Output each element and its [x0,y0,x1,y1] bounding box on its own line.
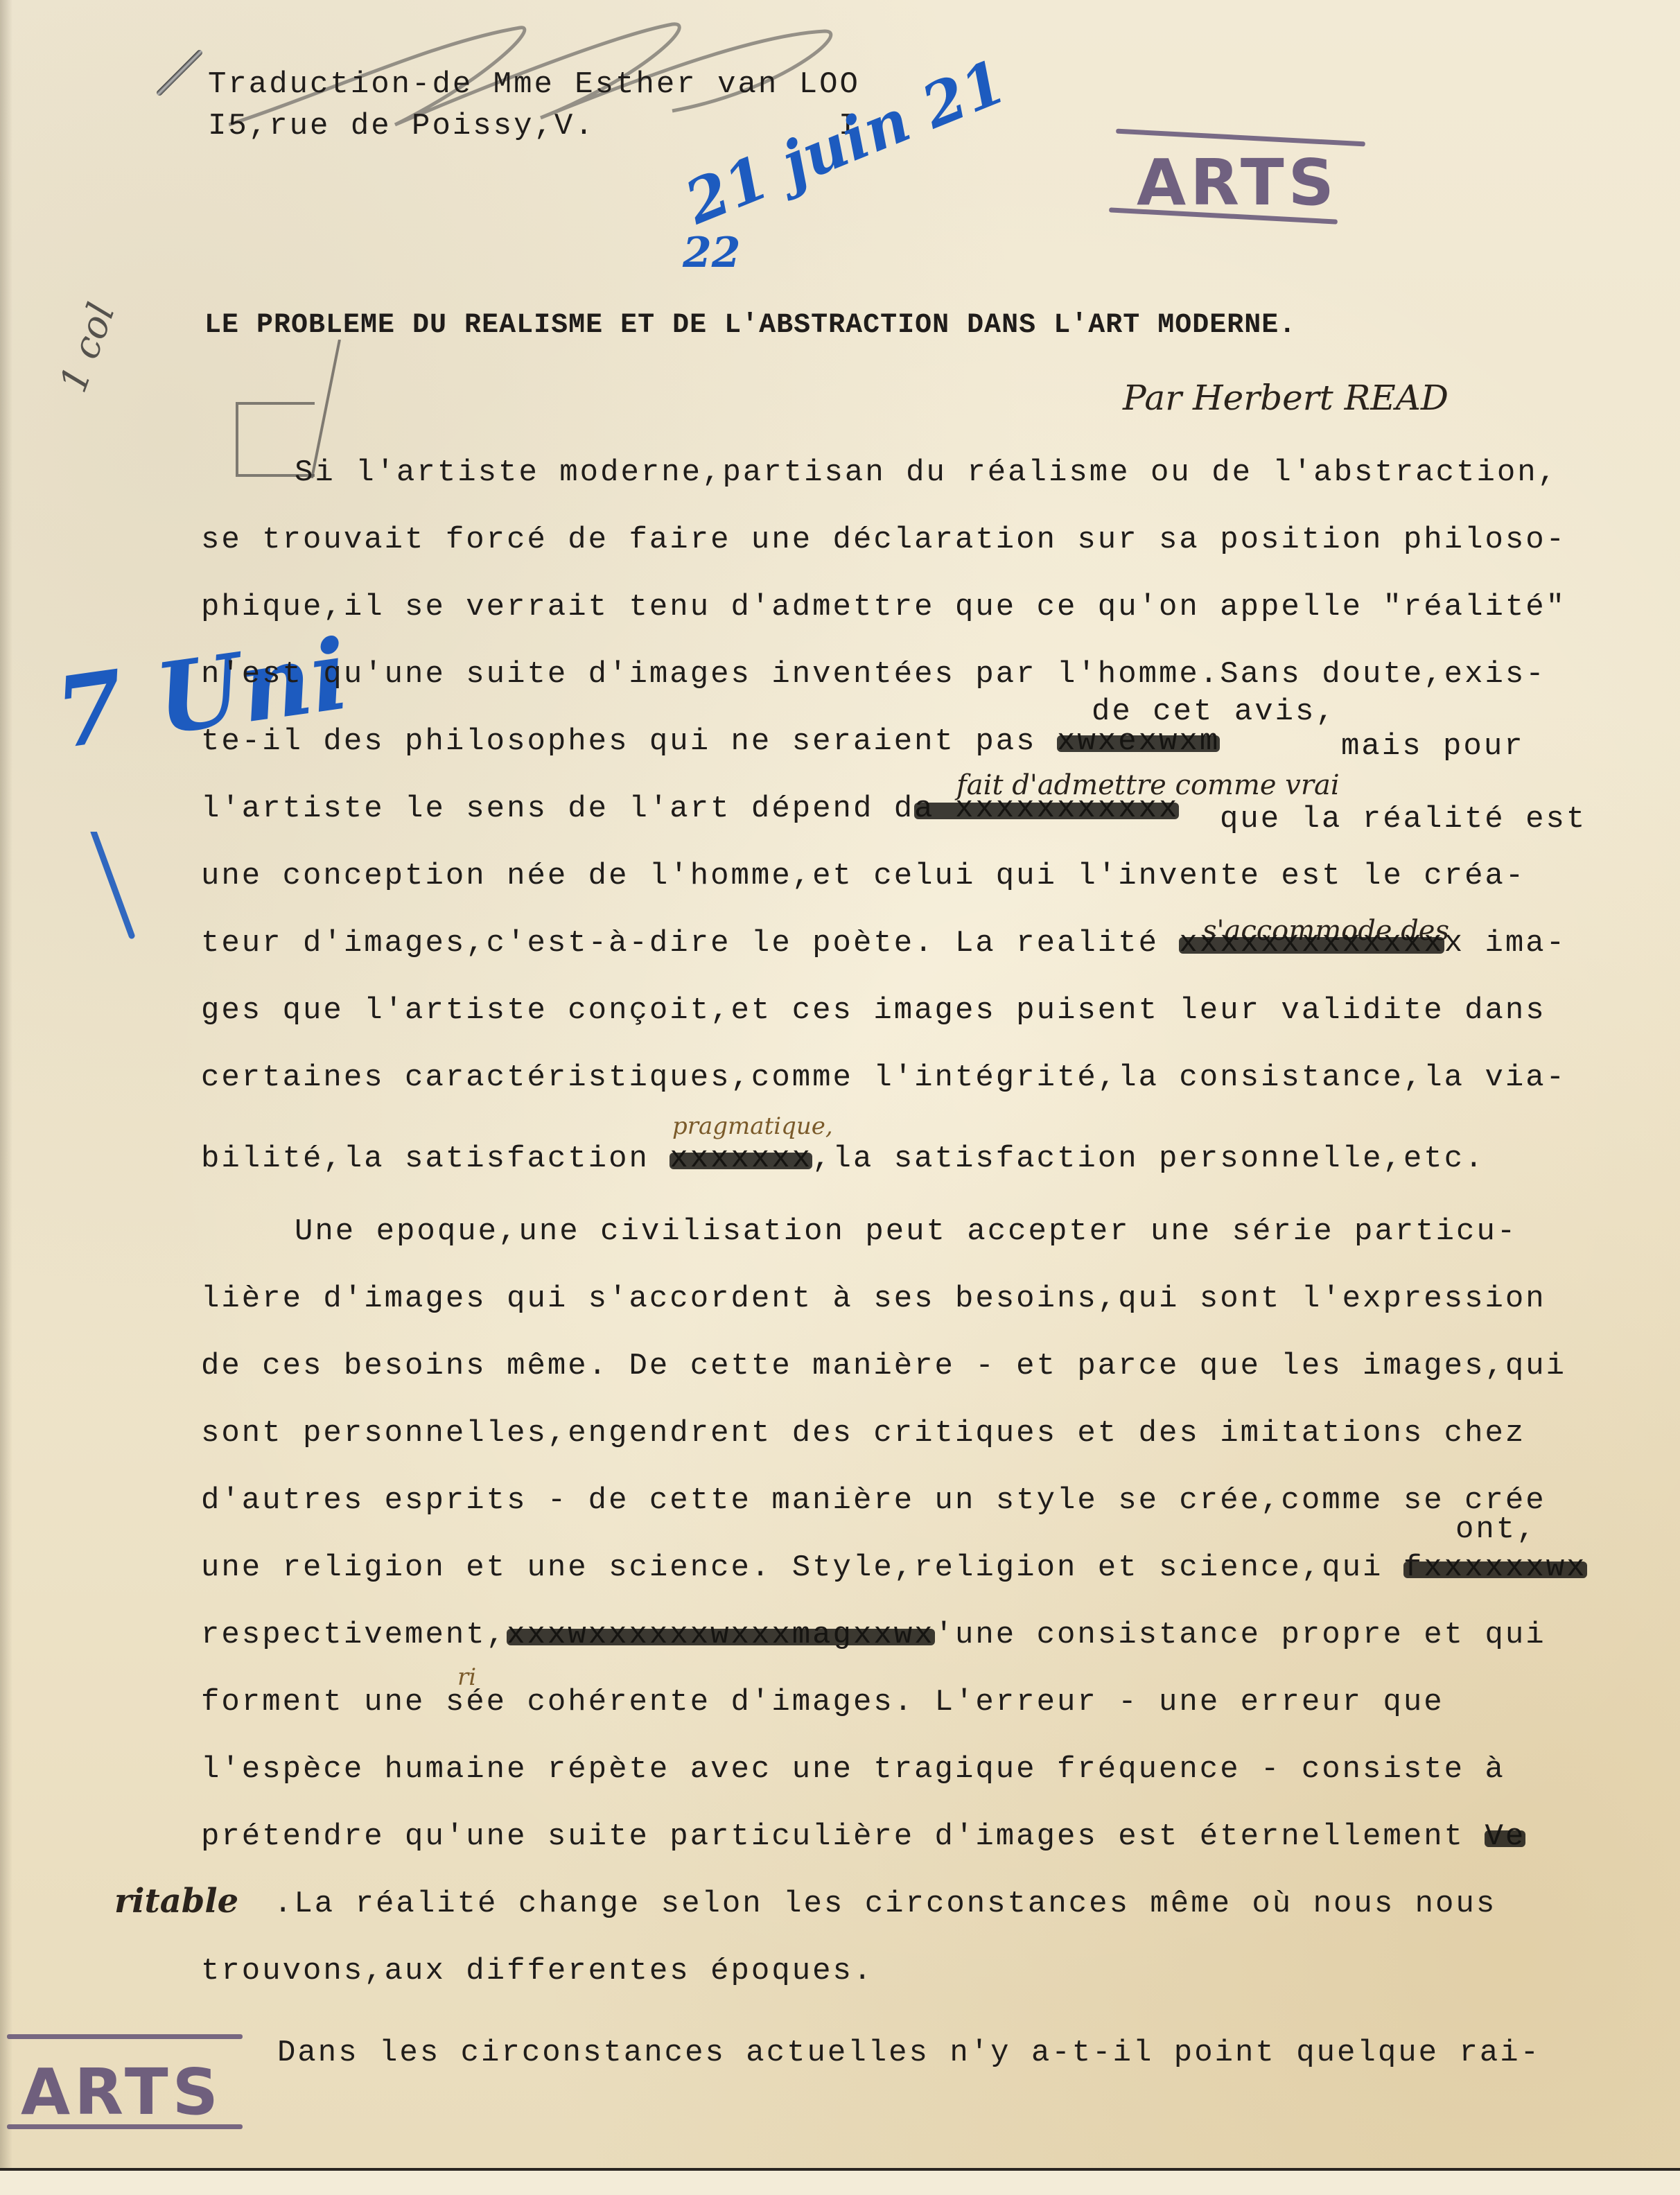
p1-line-3: phique,il se verrait tenu d'admettre que… [201,592,1566,622]
translator-line: Traduction-de Mme Esther van LOO [208,69,860,100]
arts-stamp-top: ARTS [1137,146,1338,220]
address-line: I5,rue de Poissy,V. [208,111,595,141]
p2-line-8: forment une sée cohérente d'images. L'er… [201,1687,1444,1717]
p2-line-11: .La réalité change selon les circonstanc… [274,1889,1496,1919]
struck-word: a xxxxxxxxxxx [914,794,1179,824]
struck-word: fxxxxxxwx [1403,1553,1587,1583]
struck-word: Ve [1485,1821,1525,1852]
p2-line-2: lière d'images qui s'accordent à ses bes… [201,1284,1546,1314]
insert-de-cet-avis: de cet avis, [1092,697,1336,727]
struck-word: xwxexwxm [1057,726,1220,757]
p2-line-5: d'autres esprits - de cette manière un s… [201,1485,1546,1516]
p2-line-1: Une epoque,une civilisation peut accepte… [295,1216,1517,1247]
p1-line-10: certaines caractéristiques,comme l'intég… [201,1062,1566,1093]
p2-line-6: une religion et une science. Style,relig… [201,1553,1587,1583]
p1-line-4: n'est qu'une suite d'images inventées pa… [201,659,1546,690]
p1-line-2: se trouvait forcé de faire une déclarati… [201,525,1566,555]
p1-line-9: ges que l'artiste conçoit,et ces images … [201,995,1546,1026]
insert-ritable: ritable [114,1882,238,1921]
p1-line-6: l'artiste le sens de l'art dépend da xxx… [201,794,1179,824]
insert-ont: ont, [1455,1514,1537,1545]
paper-bottom-edge [0,2168,1680,2195]
struck-word: xxxwxxxxxxwxxxmagxxwx [507,1620,935,1650]
document-title: LE PROBLEME DU REALISME ET DE L'ABSTRACT… [204,312,1296,340]
p1-line-11: bilité,la satisfaction xxxxxxx,la satisf… [201,1144,1485,1174]
p2-line-10: prétendre qu'une suite particulière d'im… [201,1821,1525,1852]
p2-line-3: de ces besoins même. De cette manière - … [201,1351,1566,1381]
p1-line-6-end: que la réalité est [1220,804,1586,834]
p1-line-5-end: mais pour [1341,731,1525,762]
p2-line-4: sont personnelles,engendrent des critiqu… [201,1418,1525,1449]
author-handwritten: Par Herbert READ [1123,378,1449,418]
p1-line-5: te-il des philosophes qui ne seraient pa… [201,726,1220,757]
handwritten-date-correction: 22 [683,229,741,277]
p1-line-1: Si l'artiste moderne,partisan du réalism… [295,457,1558,488]
stamp-bottom-line-lower [7,2124,243,2129]
p2-line-7: respectivement,xxxwxxxxxxwxxxmagxxwx'une… [201,1620,1546,1650]
p2-line-12: trouvons,aux differentes époques. [201,1956,873,1986]
p3-line-1: Dans les circonstances actuelles n'y a-t… [277,2038,1541,2068]
blue-margin-line [90,832,146,943]
insert-pragmatique: pragmatique, [672,1112,833,1140]
struck-word: xxxxxxx [670,1144,812,1174]
p2-line-9: l'espèce humaine répète avec une tragiqu… [201,1754,1505,1785]
p1-line-7: une conception née de l'homme,et celui q… [201,861,1525,891]
stamp-bottom-line-upper [7,2034,243,2039]
arts-stamp-bottom: ARTS [21,2055,222,2129]
struck-word: xxxxxxxxxxxxx [1179,928,1444,959]
paper-left-edge-shadow [0,0,12,2169]
p1-line-8: teur d'images,c'est-à-dire le poète. La … [201,928,1566,959]
